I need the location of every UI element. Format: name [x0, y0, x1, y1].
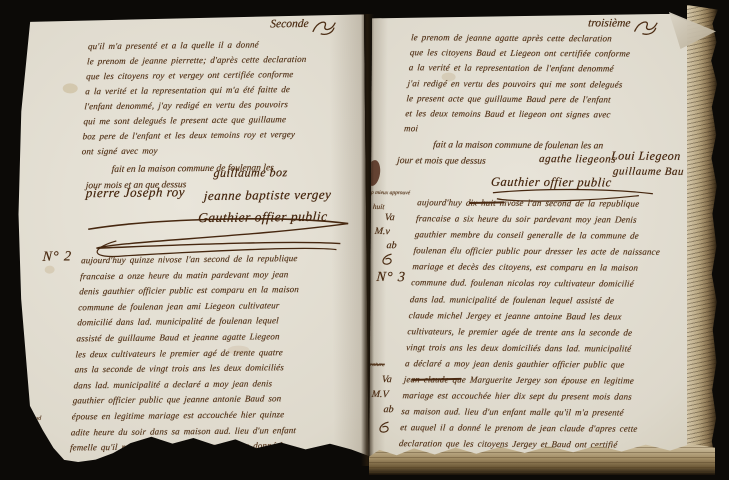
- manuscript-line: adite heure du soir dans sa maison aud. …: [70, 422, 367, 441]
- manuscript-line: gauthier membre du conseil generalle de …: [414, 226, 692, 244]
- manuscript-line: commune de foulenan jean ami Liegeon cul…: [78, 297, 369, 316]
- manuscript-line: commune dud. foulenan nicolas roy cultiv…: [411, 275, 692, 293]
- manuscript-line: domicilié dans lad. municipalité de foul…: [77, 313, 369, 332]
- closing-line: fait en la maison commune de foulenan le…: [111, 163, 274, 175]
- manuscript-line: sa maison aud. lieu d'un enfant malle qu…: [401, 403, 686, 421]
- manuscript-line: épouse en legitime mariage est accouchée…: [71, 406, 368, 425]
- manuscript-line: francaise a six heure du soir pardevant …: [415, 210, 692, 228]
- margin-approval-note: p mieux approuvé: [371, 190, 411, 196]
- signature-pierre-joseph-roy: pierre Joseph roy: [85, 184, 185, 201]
- manuscript-line: j'ai redigé en vertu des pouvoirs qui me…: [407, 76, 688, 93]
- manuscript-line: assisté de guillaume Baud et jeanne agat…: [76, 328, 369, 347]
- manuscript-line: a déclaré a moy jean denis gauthier offi…: [404, 355, 689, 373]
- manuscript-line: ans la seconde de vingt trois ans les de…: [74, 359, 369, 378]
- signature-guillaume-baud: guillaume Bau: [613, 165, 685, 177]
- manuscript-line: et les deux temoins Baud et liegeon ont …: [405, 106, 686, 123]
- page-stack-fore-edge: [687, 5, 718, 469]
- manuscript-line: a la verité et la representation de l'en…: [408, 61, 689, 78]
- manuscript-line: foulenan élu officier public pour dresse…: [413, 243, 692, 261]
- manuscript-line: les deux cultivateurs le premier agé de …: [75, 344, 369, 363]
- paper-stain: [227, 346, 249, 355]
- page-stack-texture: [687, 5, 718, 469]
- margin-initials: ab: [383, 404, 394, 415]
- manuscript-line: denis gauthier officier public est compa…: [79, 281, 369, 300]
- left-page: Seconde qu'il m'a presenté et a la quell…: [14, 14, 369, 464]
- manuscript-line: aujourd'huy quinze nivose l'an second de…: [81, 250, 369, 269]
- closing-line: fait a la maison commune de foulenan les…: [433, 140, 604, 151]
- manuscript-line: vingt trois ans les deux domiciliés dans…: [406, 339, 691, 357]
- right-act-ending-lines: le prenom de jeanne agatte après cette d…: [404, 30, 692, 138]
- signature-jeanne-baptiste-vergey: jeanne baptiste vergey: [203, 187, 331, 204]
- manuscript-line: claude michel Jergey et jeanne antoine B…: [408, 307, 692, 325]
- margin-initials: M.v: [374, 226, 390, 237]
- officer-signature: Gauthier offier public: [198, 209, 328, 226]
- manuscript-line: mariage et decès des citoyens, est compa…: [412, 259, 692, 277]
- left-act-lines: aujourd'huy quinze nivose l'an second de…: [70, 250, 369, 456]
- signature-agathe-liegeons: agathe liegeons: [539, 153, 617, 165]
- manuscript-line: le prenom de jeanne pierrette; d'après c…: [87, 51, 366, 69]
- manuscript-line: boz pere de l'enfant et les deux temoins…: [82, 126, 361, 144]
- manuscript-line: a la verité et la representation qui m'a…: [85, 81, 364, 99]
- margin-initials: Va: [384, 212, 395, 223]
- manuscript-line: que les citoyens Baud et Liegeon ont cer…: [409, 45, 690, 62]
- closing-line: jour mois et an que dessus: [85, 180, 186, 191]
- manuscript-line: que les citoyens roy et vergey ont certi…: [86, 66, 365, 84]
- left-page-ordinal-label: Seconde: [270, 18, 309, 30]
- manuscript-line: aujourd'huy dix huit nivose l'an second …: [417, 194, 692, 212]
- manuscript-line: gauthier officier public que jeanne anto…: [72, 391, 368, 410]
- manuscript-line: femelle qu'il m'a presentée et a la quel…: [70, 437, 367, 456]
- manuscript-line: le prenom de jeanne agatte après cette d…: [410, 30, 691, 47]
- binding-gutter: [361, 14, 374, 466]
- right-act-lines: aujourd'huy dix huit nivose l'an second …: [398, 194, 692, 453]
- closing-line: jour et mois que dessus: [397, 156, 486, 167]
- manuscript-line: ont signé avec moy: [81, 141, 360, 159]
- signature-loui-liegeon: Loui Liegeon: [611, 148, 682, 163]
- paraph-icon: [378, 252, 396, 268]
- manuscript-line: qu'il m'a presenté et a la quelle il a d…: [88, 36, 367, 54]
- signature-guillaume-boz: guillaume boz: [213, 165, 288, 181]
- act-number-margin: N° 2: [42, 249, 72, 265]
- manuscript-line: le present acte que guillaume Baud pere …: [406, 91, 687, 108]
- manuscript-line: dans lad. municipalité de foulenan leque…: [409, 291, 692, 309]
- register-scan: Seconde qu'il m'a presenté et a la quell…: [0, 0, 729, 480]
- paper-stain: [63, 83, 78, 93]
- manuscript-line: cultivateurs, le premier agée de trente …: [407, 323, 692, 341]
- signature-flourish-icon: [82, 214, 362, 263]
- left-page-ordinal: Seconde: [270, 18, 338, 37]
- paraph-icon: [311, 18, 338, 36]
- manuscript-line: l'enfant denommé, j'ay redigé en vertu d…: [84, 96, 363, 114]
- manuscript-line: moi: [404, 121, 685, 138]
- manuscript-line: dans lad. municipalité a declaré a moy j…: [73, 375, 368, 394]
- paraph-icon: [375, 420, 393, 436]
- margin-initials: Va: [381, 374, 392, 385]
- manuscript-line: jean claude que Marguerite Jergey son ép…: [403, 371, 688, 389]
- paper-stain: [45, 266, 55, 274]
- margin-note: aud: [32, 416, 41, 422]
- manuscript-line: qui me sont delegués le present acte que…: [83, 111, 362, 129]
- left-act-ending-lines: qu'il m'a presenté et a la quelle il a d…: [81, 36, 366, 159]
- manuscript-line: francaise a onze heure du matin pardevan…: [80, 266, 369, 285]
- act-number-margin: N° 3: [376, 270, 407, 286]
- manuscript-line: mariage est accouchée hier dix sept du p…: [402, 387, 687, 405]
- manuscript-line: et auquel il a donné le prenom de jean c…: [400, 419, 685, 437]
- right-page-ordinal-label: troisième: [588, 17, 631, 29]
- right-page: troisième le prenom de jeanne agatte apr…: [369, 12, 692, 466]
- margin-initials: ab: [386, 240, 397, 251]
- margin-correction-word: huit: [372, 202, 384, 211]
